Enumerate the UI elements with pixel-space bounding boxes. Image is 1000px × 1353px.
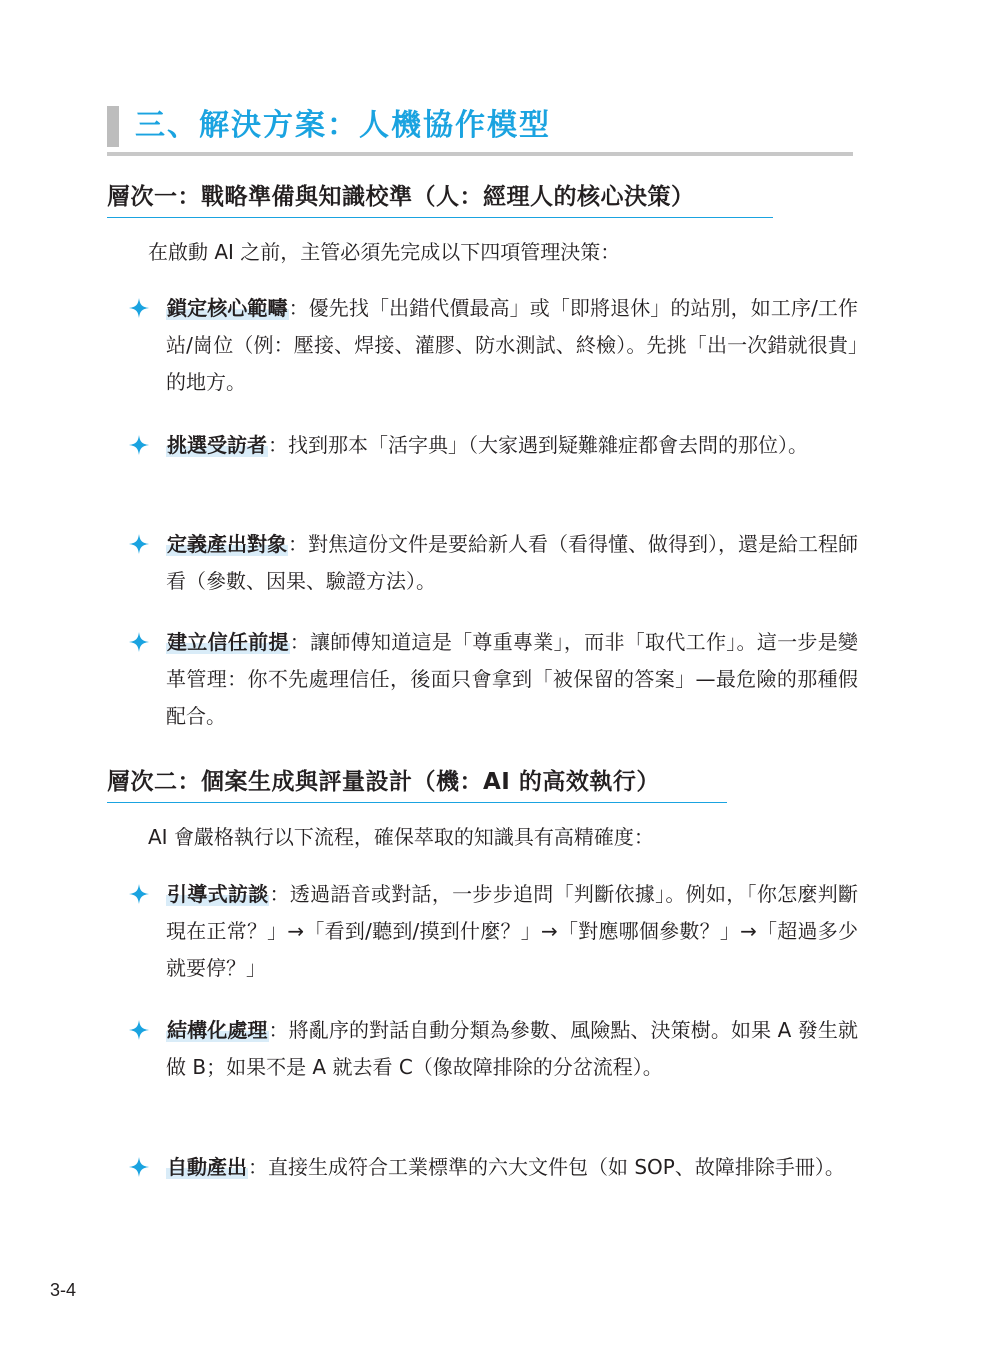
list-item-term: 定義產出對象 [166, 532, 288, 556]
list-item-term: 結構化處理 [166, 1018, 269, 1042]
sparkle-star-icon [128, 883, 150, 905]
list-item-text: ：將亂序的對話自動分類為參數、風險點、決策樹。如果 A 發生就做 B；如果不是 … [166, 1018, 858, 1079]
section-title-rule [107, 152, 853, 156]
layer2-intro: AI 會嚴格執行以下流程，確保萃取的知識具有高精確度： [148, 823, 654, 851]
section-title: 三、解決方案：人機協作模型 [107, 104, 853, 150]
document-page: 三、解決方案：人機協作模型 層次一：戰略準備與知識校準（人：經理人的核心決策） … [0, 0, 1000, 1353]
list-item-text: ：透過語音或對話，一步步追問「判斷依據」。例如，「你怎麼判斷現在正常？」→「看到… [166, 882, 858, 980]
list-item-body: 鎖定核心範疇：優先找「出錯代價最高」或「即將退休」的站別，如工序/工作站/崗位（… [166, 290, 858, 401]
layer1-heading: 層次一：戰略準備與知識校準（人：經理人的核心決策） [107, 180, 773, 218]
list-item-text: ：找到那本「活字典」（大家遇到疑難雜症都會去問的那位）。 [268, 433, 808, 457]
list-item-body: 建立信任前提：讓師傅知道這是「尊重專業」，而非「取代工作」。這一步是變革管理：你… [166, 624, 858, 735]
sparkle-star-icon [128, 434, 150, 456]
list-item-term: 引導式訪談 [166, 882, 269, 906]
list-item-body: 結構化處理：將亂序的對話自動分類為參數、風險點、決策樹。如果 A 發生就做 B；… [166, 1012, 858, 1086]
sparkle-star-icon [128, 631, 150, 653]
layer2-heading: 層次二：個案生成與評量設計（機：AI 的高效執行） [107, 765, 727, 803]
list-item-body: 挑選受訪者：找到那本「活字典」（大家遇到疑難雜症都會去問的那位）。 [166, 427, 858, 464]
list-item-term: 鎖定核心範疇 [166, 296, 289, 320]
sparkle-star-icon [128, 297, 150, 319]
list-item-body: 自動產出：直接生成符合工業標準的六大文件包（如 SOP、故障排除手冊）。 [166, 1149, 858, 1186]
list-item-term: 挑選受訪者 [166, 433, 268, 457]
list-item-term: 自動產出 [166, 1155, 248, 1179]
sparkle-star-icon [128, 1156, 150, 1178]
section-title-bar [107, 106, 119, 147]
list-item-text: ：直接生成符合工業標準的六大文件包（如 SOP、故障排除手冊）。 [248, 1155, 845, 1179]
sparkle-star-icon [128, 533, 150, 555]
layer1-intro: 在啟動 AI 之前，主管必須先完成以下四項管理決策： [148, 238, 620, 266]
page-number: 3-4 [50, 1280, 76, 1301]
section-title-text: 三、解決方案：人機協作模型 [135, 104, 551, 148]
list-item-body: 引導式訪談：透過語音或對話，一步步追問「判斷依據」。例如，「你怎麼判斷現在正常？… [166, 876, 858, 987]
sparkle-star-icon [128, 1019, 150, 1041]
list-item-body: 定義產出對象：對焦這份文件是要給新人看（看得懂、做得到），還是給工程師看（參數、… [166, 526, 858, 600]
list-item-term: 建立信任前提 [166, 630, 290, 654]
